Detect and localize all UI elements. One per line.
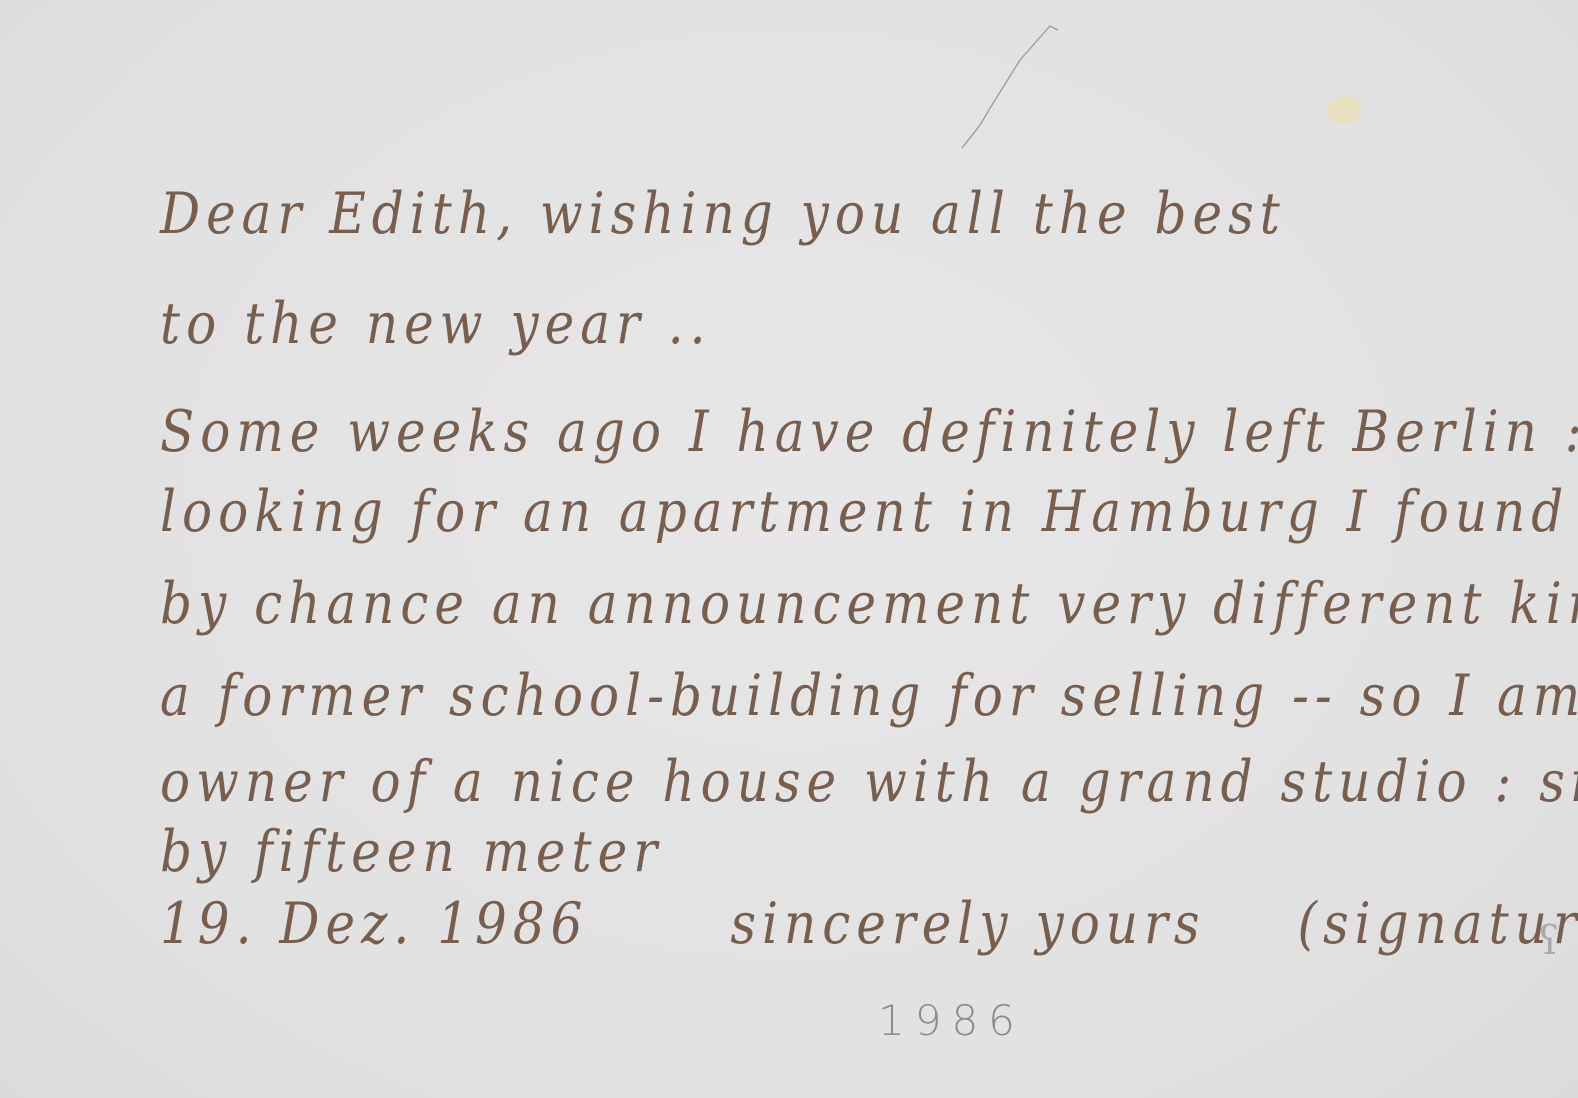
letter-line-3: Some weeks ago I have definitely left Be… — [160, 398, 1578, 465]
letter-line-6: a former school-building for selling -- … — [160, 662, 1578, 729]
edge-mark: ʕ — [1538, 918, 1559, 964]
pencil-stroke — [950, 20, 1070, 150]
letter-line-5: by chance an announcement very different… — [160, 570, 1578, 637]
letter-line-4: looking for an apartment in Hamburg I fo… — [160, 478, 1569, 545]
letter-paper: Dear Edith, wishing you all the best to … — [0, 0, 1578, 1098]
letter-line-1: Dear Edith, wishing you all the best — [160, 180, 1286, 247]
letter-line-8: by fifteen meter — [160, 818, 663, 885]
letter-line-7: owner of a nice house with a grand studi… — [160, 748, 1578, 815]
closing-salutation: sincerely yours — [730, 890, 1205, 957]
paper-stain — [1324, 91, 1366, 129]
pencil-year-annotation: 1986 — [878, 996, 1025, 1045]
letter-closing: 19. Dez. 1986 sincerely yours (signature… — [160, 890, 1578, 957]
signature: (signature) — [1297, 890, 1578, 957]
letter-line-2: to the new year .. — [160, 290, 712, 357]
letter-date: 19. Dez. 1986 — [160, 890, 588, 957]
